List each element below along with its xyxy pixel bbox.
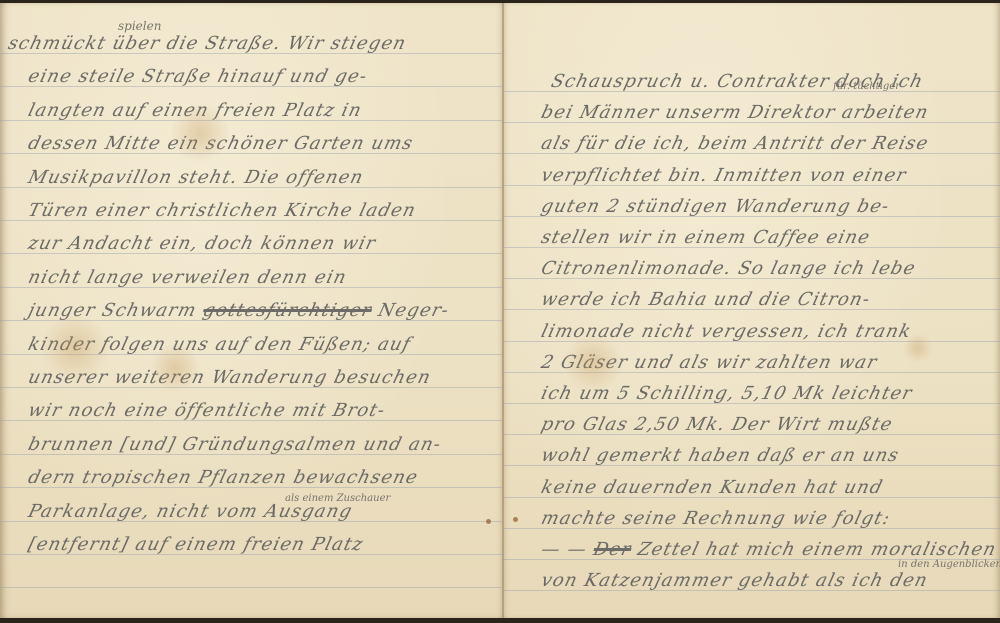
notebook-spread: schmückt über die Straße. Wir stiegenein… [0, 3, 1000, 618]
book-gutter [502, 3, 504, 618]
paper-stain [40, 313, 110, 383]
handwritten-line: Musikpavillon steht. Die offenen [26, 167, 366, 188]
ink-spot [486, 519, 491, 524]
handwritten-line: bei Männer unserm Direktor arbeiten [539, 102, 931, 123]
handwritten-line: als für die ich, beim Antritt der Reise [539, 133, 931, 154]
paper-stain [170, 103, 230, 163]
paper-stain [150, 343, 200, 393]
handwritten-line: von Katzenjammer gehabt als ich den [539, 570, 930, 591]
paper-stain [903, 333, 933, 363]
handwritten-line: nicht lange verweilen denn ein [26, 267, 349, 288]
handwritten-line: machte seine Rechnung wie folgt: [539, 508, 893, 529]
paper-stain [563, 333, 623, 393]
handwritten-line: wohl gemerkt haben daß er an uns [539, 445, 902, 466]
handwritten-line: verpflichtet bin. Inmitten von einer [539, 165, 909, 186]
handwritten-line: schmückt über die Straße. Wir stiegen [6, 33, 409, 54]
handwritten-line: brunnen [und] Gründungsalmen und an- [26, 434, 444, 455]
right-page: Schauspruch u. Contrakter doch ichbei Mä… [503, 3, 1000, 618]
handwritten-line: wir noch eine öffentliche mit Brot- [26, 400, 388, 421]
handwritten-line: keine dauernden Kunden hat und [539, 477, 885, 498]
left-page: schmückt über die Straße. Wir stiegenein… [0, 3, 503, 618]
handwritten-line: guten 2 stündigen Wanderung be- [539, 196, 892, 217]
handwritten-line: — — Der Zettel hat mich einem moralische… [539, 539, 999, 560]
interline-note: in den Augenblicken [898, 559, 1000, 570]
interline-note: als einem Zuschauer [285, 493, 390, 504]
handwritten-line: Citronenlimonade. So lange ich lebe [539, 258, 918, 279]
handwritten-line: pro Glas 2,50 Mk. Der Wirt mußte [539, 414, 895, 435]
handwritten-line: [entfernt] auf einem freien Platz [26, 534, 366, 555]
handwritten-line: werde ich Bahia und die Citron- [539, 289, 873, 310]
ruled-line [0, 587, 503, 588]
handwritten-line: dern tropischen Pflanzen bewachsene [26, 467, 421, 488]
insertion-note: spielen [118, 19, 161, 33]
handwritten-line: zur Andacht ein, doch können wir [26, 233, 378, 254]
ink-spot [513, 517, 518, 522]
handwritten-line: Türen einer christlichen Kirche laden [26, 200, 419, 221]
handwritten-line: stellen wir in einem Caffee eine [539, 227, 873, 248]
interline-note: für. tüchtiger [833, 81, 900, 92]
handwritten-line: eine steile Straße hinauf und ge- [26, 66, 370, 87]
